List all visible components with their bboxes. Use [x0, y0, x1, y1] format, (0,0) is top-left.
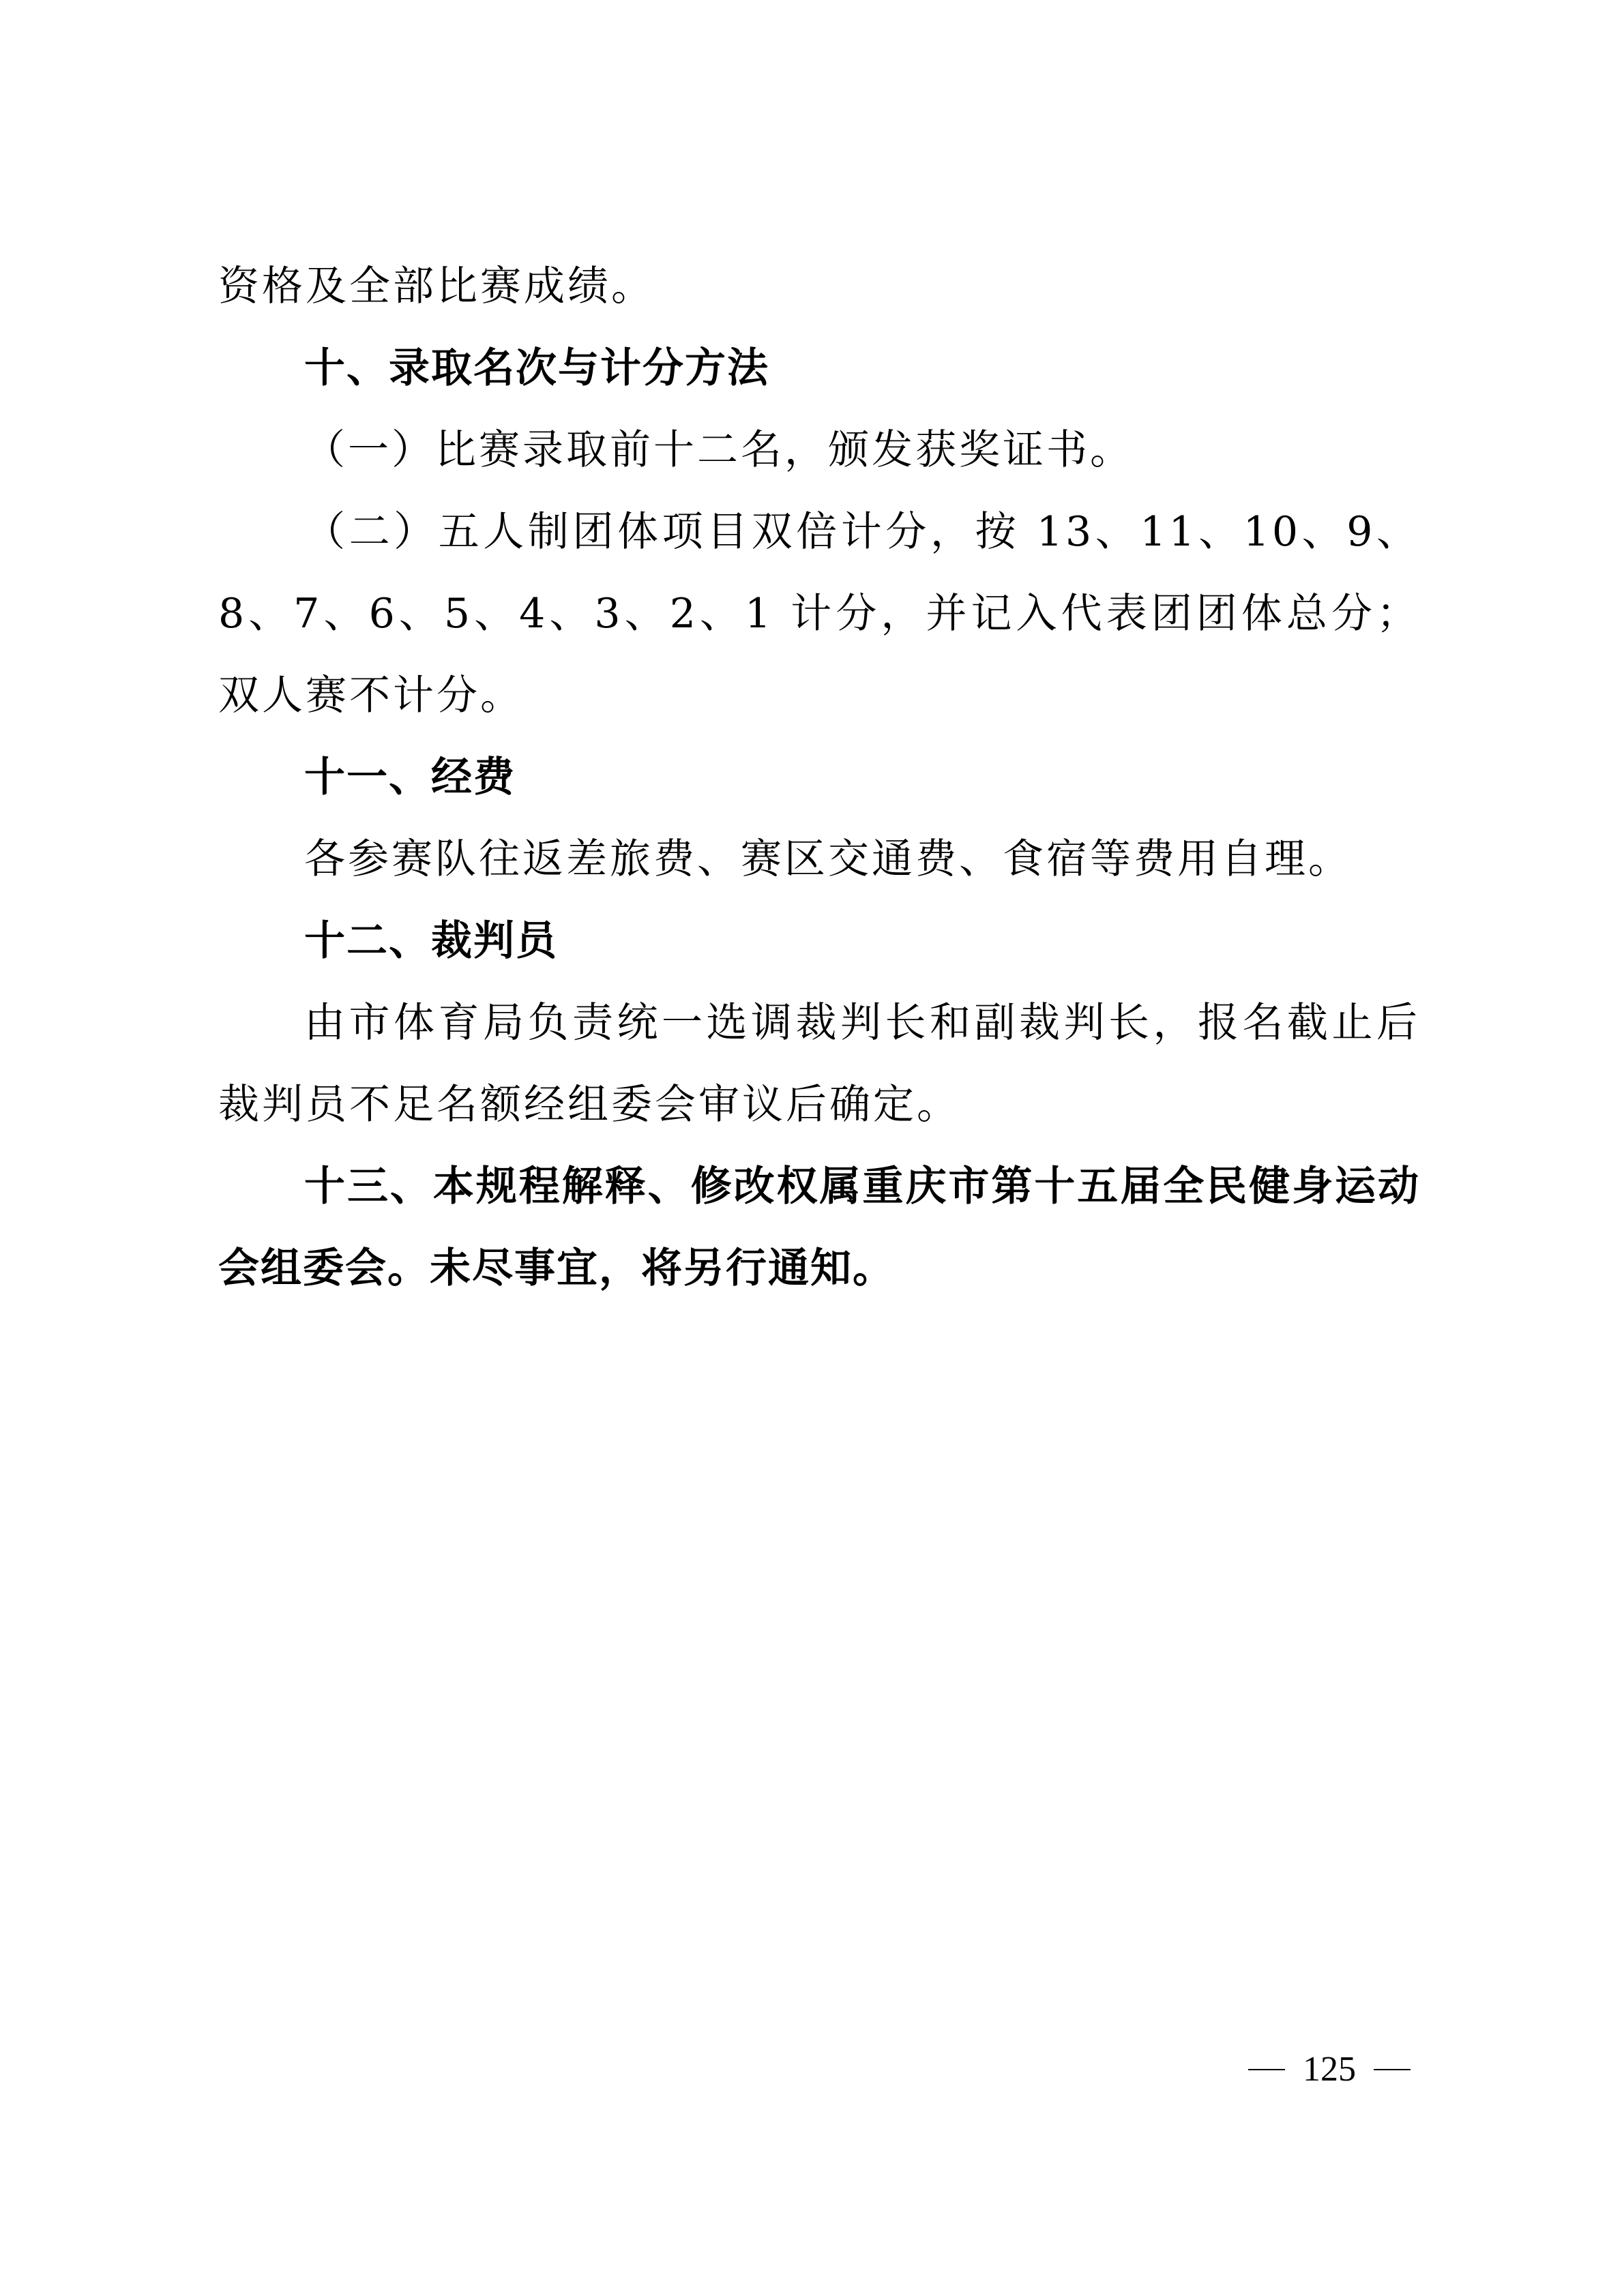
right-dash-decoration [1374, 2069, 1411, 2070]
continuation-paragraph: 资格及全部比赛成绩。 [218, 245, 1420, 327]
page-number: 125 [1303, 2049, 1356, 2090]
section-heading-11: 十一、经费 [218, 736, 1420, 818]
page-footer: 125 [1248, 2049, 1411, 2090]
section-13-closing-statement: 十三、本规程解释、修改权属重庆市第十五届全民健身运动会组委会。未尽事宜，将另行通… [218, 1146, 1420, 1309]
document-page: 资格及全部比赛成绩。 十、录取名次与计分方法 （一）比赛录取前十二名，颁发获奖证… [218, 245, 1420, 1309]
left-dash-decoration [1248, 2069, 1285, 2070]
section-10-paragraph-2: （二）五人制团体项目双倍计分，按 13、11、10、9、8、7、6、5、4、3、… [218, 491, 1420, 736]
section-11-paragraph-1: 各参赛队往返差旅费、赛区交通费、食宿等费用自理。 [218, 818, 1420, 900]
section-10-paragraph-1: （一）比赛录取前十二名，颁发获奖证书。 [218, 409, 1420, 491]
section-12-paragraph-1: 由市体育局负责统一选调裁判长和副裁判长，报名截止后裁判员不足名额经组委会审议后确… [218, 982, 1420, 1146]
section-heading-10: 十、录取名次与计分方法 [218, 327, 1420, 409]
section-heading-12: 十二、裁判员 [218, 900, 1420, 982]
